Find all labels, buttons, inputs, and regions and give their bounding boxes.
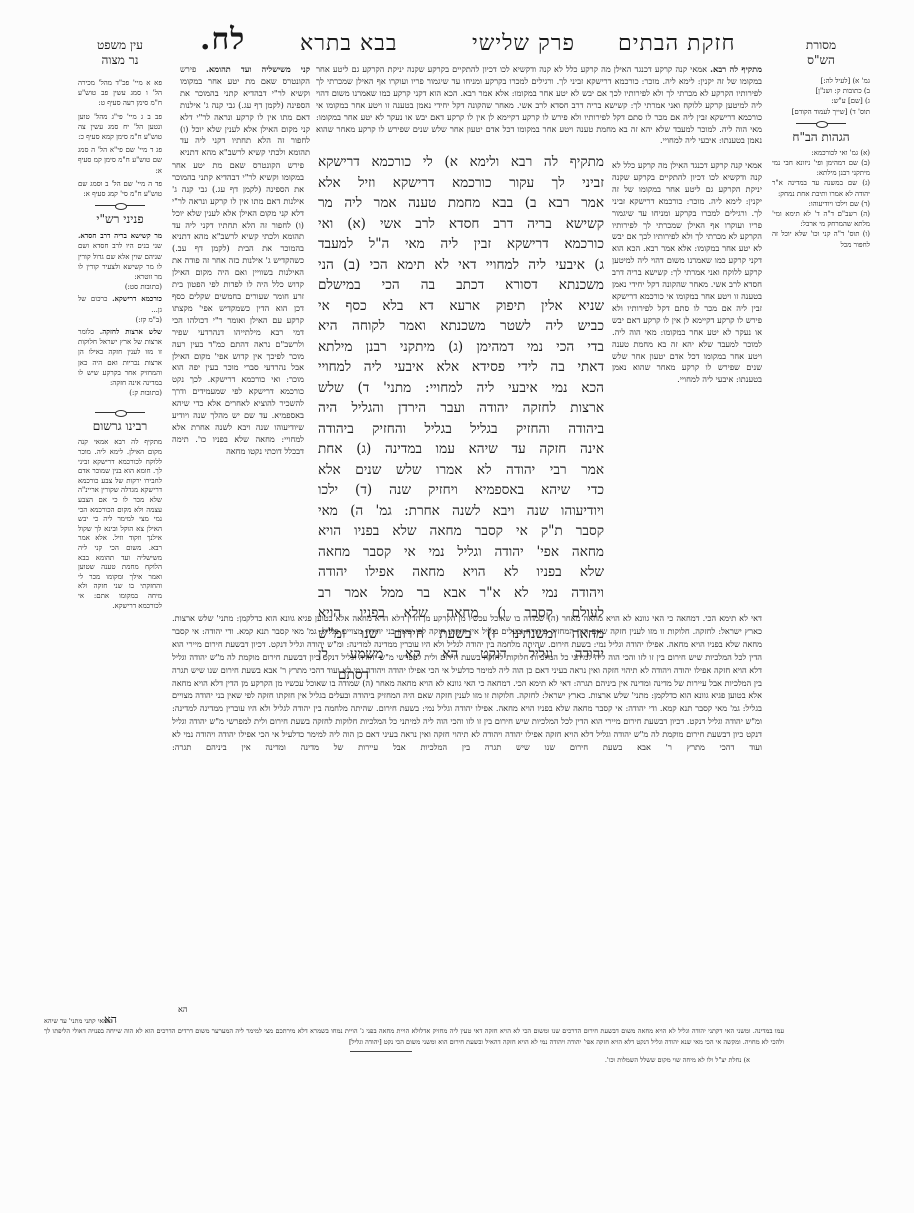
gemara-line: כורכמא דרישקא זבין ליה מאי ה"ל למעבד xyxy=(318,234,604,255)
mesoret-hashas-column: מסורת הש"ס גמ' א) [לעיל לה:] ב) כתובות ק… xyxy=(772,38,870,250)
gemara-line: כדי שיהא באספמיא ויחזיק שנה (ד) ילכו xyxy=(318,480,604,501)
gemara-line: דאתי בה לידי פסידא אלא איבעי ליה למחויי xyxy=(318,357,604,378)
ein-mishpat-entry: פא א מיי' פכ"ד מהל' מכירה הל' ו סמג עשין… xyxy=(78,78,162,109)
gemara-line: אמר רבא ב) בבא מחמת טענה אמר ליה מר xyxy=(318,193,604,214)
tractate-title: בבא בתרא xyxy=(300,30,397,56)
tosafot-heading: מתקיף לה רבא. xyxy=(710,64,762,74)
catchword: הא xyxy=(178,1004,188,1016)
footnote-rule xyxy=(350,1051,412,1052)
ein-mishpat-column: עין משפט נר מצוה פא א מיי' פכ"ד מהל' מכי… xyxy=(78,38,162,611)
gemara-line: ביהודה והחזיק בגליל בגליל והחזיק ביהודה xyxy=(318,419,604,440)
mesoret-hashas-title: מסורת הש"ס xyxy=(772,38,870,68)
bach-entry: (ו) תוס' ד"ה קני וכו' שלא יוכל זה לחפור … xyxy=(772,229,870,249)
gemara-line: ג) איבעי ליה למחויי דאי לא תימא הכי (ב) … xyxy=(318,255,604,276)
hashas-title-line: הש"ס xyxy=(772,53,870,68)
rashbam-heading: קני משישליה ועד תהומא. xyxy=(206,64,310,74)
gemara-main-text: מתקיף לה רבא ולימא א) לי כורכמא דרישקא ז… xyxy=(318,152,604,685)
ornament-divider xyxy=(796,123,846,124)
ornament-divider xyxy=(95,205,145,206)
entry-head: מר קשישא בריה דרב חסדא. xyxy=(78,231,162,240)
gemara-line: הכא נמי איבעי ליה למחויי: מתני' ד) שלש xyxy=(318,378,604,399)
entry-text: שני בנים היו לרב חסדא ושם שניהם שוין אלא… xyxy=(78,242,162,281)
ein-mishpat-entry: פד ה מיי' שם הל' ב וסמג שם טוש"ע ח"מ סי'… xyxy=(78,179,162,199)
gemara-line: שניא אלין תיפוק ארעא דא בלא כסף אי xyxy=(318,296,604,317)
gemara-line: אמר רבי יהודה לא אמרו שלש שנים אלא xyxy=(318,460,604,481)
bottom-commentary-text: דאי לא תימא הכי. דמחאה כי האי גוונא לא ה… xyxy=(172,613,762,688)
rashbam-text: פירש הקונטרס שאם מת יטע אחר במקומו וקשיא… xyxy=(180,64,310,160)
bach-entry: (ב) שם דמהימן ופי' ניזונא חבי נמי מיתקני… xyxy=(772,158,870,178)
entry-head: שלש ארצות לחזקה. xyxy=(100,327,162,336)
mesoret-entry: תוס' ד) [שייך לעמוד הקודם] xyxy=(772,107,870,117)
gemara-line: ויודיעוהו שנה ויבא לשנה אחרת: גמ' ה) מאי xyxy=(318,501,604,522)
tosafot-column: אמאי קנה קרקע דכנגד האילן מה קרקע כלל לא… xyxy=(612,160,762,580)
gemara-line: בדי הכי נמי דמהימן (ג) מיתקני רבנן מילתא xyxy=(318,337,604,358)
entry-source: (כתובות סט:) xyxy=(125,283,162,291)
ein-mishpat-entry: פג ד מיי' שם פי"א הל' ה סמג שם טוש"ע ח"מ… xyxy=(78,145,162,176)
gemara-line: שלא בפניו לא הויא מחאה אפילו יהודה xyxy=(318,562,604,583)
rabbeinu-gershom-title: רבינו גרשום xyxy=(78,419,162,434)
ein-mishpat-title-line: עין משפט xyxy=(78,38,162,53)
ner-mitzvah-title-line: נר מצוה xyxy=(78,53,162,68)
mesoret-title-line: מסורת xyxy=(772,38,870,53)
gemara-line: משכנתא דסורא דכתב בה הכי במישלם xyxy=(318,275,604,296)
bach-entry: (ה) רשב"ם ד"ה ד' לא תימא ומי' מלתא שהמרח… xyxy=(772,209,870,229)
peninei-rashi-title: פניני רש"י xyxy=(78,212,162,227)
entry-source: (כתובות ק:) xyxy=(129,389,162,397)
mesoret-entry: ב) כתובות ק: ושנ"ן] xyxy=(772,86,870,96)
ornament-divider xyxy=(95,412,145,413)
mesoret-entry: ג) [שם] ע"ש: xyxy=(772,96,870,106)
bach-entry: (א) גמ' ואי לכורכמא: xyxy=(772,148,870,158)
bach-entry: (ג) שם במשנה עד במדינה א"ר יהודה לא אמרו… xyxy=(772,178,870,198)
gemara-line: אינה חזקה עד שיהא עמו במדינה (ג) אחת xyxy=(318,439,604,460)
tosafot-top: מתקיף לה רבא. אמאי קנה קרקע דכנגד האילן … xyxy=(316,64,762,160)
gemara-line: מחאה אפי' יהודה וגליל נמי אי קסבר מחאה xyxy=(318,542,604,563)
chapter-name: חזקת הבתים xyxy=(618,30,736,56)
page-number: לח. xyxy=(200,22,245,57)
ein-mishpat-entry: פב ב ג מיי' פי"ג מהל' טוען ונטען הל' יח … xyxy=(78,112,162,143)
bottom-commentary-text-fill: דאי לא תימא הכי. דמחאה כי האי גוונא לא ה… xyxy=(172,678,762,753)
peninei-rashi: מר קשישא בריה דרב חסדא. שני בנים היו לרב… xyxy=(78,231,162,398)
mesoret-entry: גמ' א) [לעיל לה:] xyxy=(772,76,870,86)
chapter-title: פרק שלישי xyxy=(472,30,575,56)
tosafot-text-continued: אמאי קנה קרקע דכנגד האילן מה קרקע כלל לא… xyxy=(612,160,762,384)
entry-text: כלומר ארצות של ארץ ישראל חלוקות זו מזו ל… xyxy=(78,328,162,387)
footnote: א) נחלת יצ"ל ולו לא מיחה שוי מקום ששלל ה… xyxy=(350,1055,750,1066)
bach-entry: (ד) שם וילכו ויודיעוהו: xyxy=(772,199,870,209)
gemara-line: מתקיף לה רבא ולימא א) לי כורכמא דרישקא xyxy=(318,152,604,173)
bottom-commentary: דאי לא תימא הכי. דמחאה כי האי גוונא לא ה… xyxy=(172,612,762,1006)
tosafot-text: אמאי קנה קרקע דכנגד האילן מה קרקע כלל לא… xyxy=(316,64,762,145)
gemara-line: זביני לך עקור כורכמא דרישקא וזיל אלא xyxy=(318,173,604,194)
rashbam-column: פירש הקונטרס שאם מת יטע אחר במקומו וקשיא… xyxy=(172,160,304,580)
entry-head: כורכמא דרישקא. xyxy=(112,294,162,303)
gemara-line: קשישא בריה דרב חסדא לרב אשי (א) ואי xyxy=(318,214,604,235)
hagahot-habach-title: הגהות הב"ח xyxy=(772,130,870,145)
gemara-line: קסבר ת"ק אי קסבר מחאה שלא בפניו הויא xyxy=(318,521,604,542)
rashbam-text-continued: פירש הקונטרס שאם מת יטע אחר במקומו וקשיא… xyxy=(172,160,304,456)
entry-source: (ב"מ קז:) xyxy=(136,316,163,324)
gemara-line: ארצות לחזקה יהודה ועבר הירדן והגליל היה xyxy=(318,398,604,419)
ein-mishpat-title: עין משפט נר מצוה xyxy=(78,38,162,68)
gemara-line: ויהודה נמי לא א"ר אבא בר ממל אמר רב xyxy=(318,583,604,604)
footer-notes: עמו במדינה. ומשני האי דקתני יהודה וגליל … xyxy=(44,1026,784,1050)
gemara-line: כביש ליה לשטר משכנתא ואמר לקוחה היא xyxy=(318,316,604,337)
rabbeinu-gershom-text: מתקיף לה רבא אמאי קנה מקום האילן. לימא ל… xyxy=(78,438,162,611)
rashbam-top: קני משישליה ועד תהומא. פירש הקונטרס שאם … xyxy=(180,64,310,160)
